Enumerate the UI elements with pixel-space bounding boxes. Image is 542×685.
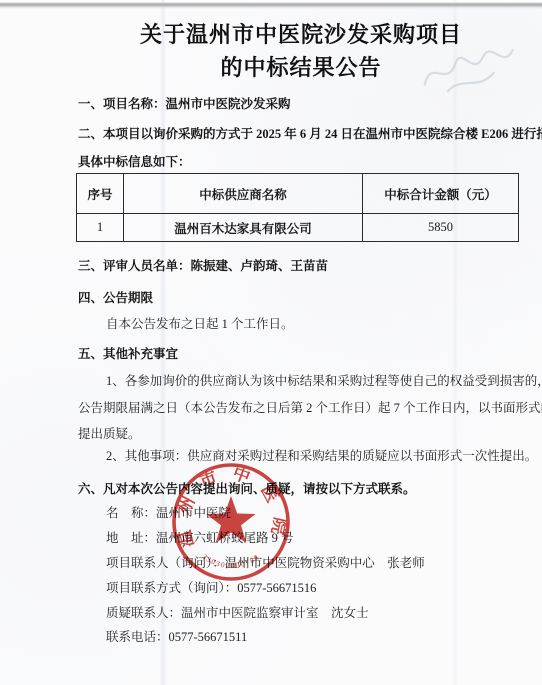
header-total-amount: 中标合计金额（元） bbox=[363, 174, 519, 214]
section-5-heading: 五、其他补充事宜 bbox=[78, 346, 178, 363]
section-3-review-panel: 三、评审人员名单：陈振建、卢韵琦、王苗苗 bbox=[78, 258, 328, 275]
seal-code-text: 330302000788 bbox=[201, 552, 262, 570]
scan-top-edge bbox=[0, 0, 542, 9]
section-1-project-name: 一、项目名称：温州市中医院沙发采购 bbox=[78, 96, 291, 113]
cell-supplier-name: 温州百木达家具有限公司 bbox=[124, 214, 363, 242]
header-supplier-name: 中标供应商名称 bbox=[124, 174, 363, 214]
table-header-row: 序号 中标供应商名称 中标合计金额（元） bbox=[77, 174, 519, 214]
scanned-announcement-page: 关于温州市中医院沙发采购项目 的中标结果公告 一、项目名称：温州市中医院沙发采购… bbox=[0, 0, 542, 685]
cell-serial-no: 1 bbox=[77, 214, 124, 242]
section-4-heading: 四、公告期限 bbox=[78, 290, 153, 307]
section-4-body: 自本公告发布之日起 1 个工作日。 bbox=[106, 316, 294, 333]
contact-challenge-person: 质疑联系人：温州市中医院监察审计室 沈女士 bbox=[106, 605, 369, 622]
bid-result-table: 序号 中标供应商名称 中标合计金额（元） 1 温州百木达家具有限公司 5850 bbox=[76, 173, 519, 242]
table-row: 1 温州百木达家具有限公司 5850 bbox=[77, 214, 519, 242]
header-serial-no: 序号 bbox=[77, 174, 124, 214]
section-5-item1-line3: 提出质疑。 bbox=[78, 426, 141, 443]
section-5-item1-line1: 1、各参加询价的供应商认为该中标结果和采购过程等使自己的权益受到损害的，可以自本 bbox=[106, 373, 542, 390]
seal-star-icon bbox=[206, 496, 255, 543]
cell-total-amount: 5850 bbox=[363, 214, 519, 242]
official-red-seal: 温州市中医院 330302000788 bbox=[169, 460, 293, 584]
section-2-line2: 具体中标信息如下： bbox=[78, 154, 191, 171]
paper-fold-line-2 bbox=[452, 0, 458, 685]
section-2-line1: 二、本项目以询价采购的方式于 2025 年 6 月 24 日在温州市中医院综合楼… bbox=[78, 126, 542, 143]
section-5-item1-line2: 公告期限届满之日（本公告发布之日后第 2 个工作日）起 7 个工作日内，以书面形… bbox=[78, 400, 542, 417]
contact-phone: 联系电话：0577-56671511 bbox=[106, 629, 247, 646]
